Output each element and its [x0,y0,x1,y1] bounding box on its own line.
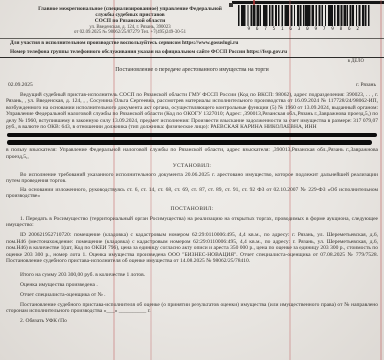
scan-crease [380,0,382,360]
paragraph-intro: Ведущий судебный пристав-исполнитель СОС… [6,92,378,131]
scanned-document-page: Главное межрегиональное (специализирован… [0,0,384,360]
paragraph-in-favor: в пользу взыскателя: Управление Федераль… [6,147,378,160]
notice-phone: Номер телефона группы телефонного обслуж… [10,49,378,55]
heading-postanovil: ПОСТАНОВИЛ: [6,206,378,212]
date-city-row: 02.09.2025 г. Рязань [8,82,376,88]
notice-gosuslugi: Для участия в исполнительном производств… [10,40,378,46]
letterhead-ref-number: от 02.09.2025 № 98062/25/87279 Тел. +7(4… [15,30,245,36]
letterhead-org-block: Главное межрегиональное (специализирован… [15,6,245,36]
redaction-bar [7,133,377,138]
letterhead-divider-thick [0,57,384,59]
heading-ustanovil: УСТАНОВИЛ: [6,163,378,169]
file-mark: в ДЕЛО [348,59,364,64]
paragraph-total: Итого на сумму 203 300,00 руб. в количес… [6,272,378,278]
barcode-digits: 9 6 7 5 1 6 3 0 9 7 9 8 6 2 [238,27,370,32]
document-barcode: 9 6 7 5 1 6 3 0 9 7 9 8 6 2 [238,5,370,32]
paragraph-report: Отчет специалиста-оценщика от № . [6,292,378,298]
document-title: Постановление о передаче арестованного и… [0,67,384,73]
redaction-bar [7,140,372,145]
paragraph-valuation: Оценка имущества произведена . [6,282,378,288]
redacted-block [6,133,378,145]
document-date: 02.09.2025 [8,82,33,88]
barcode-bars [238,5,370,26]
paragraph-resolution-sent: Постановление судебного пристава-исполни… [6,302,378,315]
letterhead-divider-thin [0,38,384,39]
paragraph-legal-basis: На основании изложенного, руководствуясь… [6,187,378,200]
paragraph-lot-description: ID 200621952710720: помещение (кладовка)… [6,232,378,264]
paragraph-seizure: Во исполнение требований указанного испо… [6,172,378,185]
document-city: г. Рязань [356,82,376,88]
paragraph-transfer-order: 1. Передать в Росимущество (территориаль… [6,216,378,229]
document-body: Ведущий судебный пристав-исполнитель СОС… [6,92,378,322]
paragraph-partial-bottom: 2. Обязать УФК (По [6,318,378,322]
